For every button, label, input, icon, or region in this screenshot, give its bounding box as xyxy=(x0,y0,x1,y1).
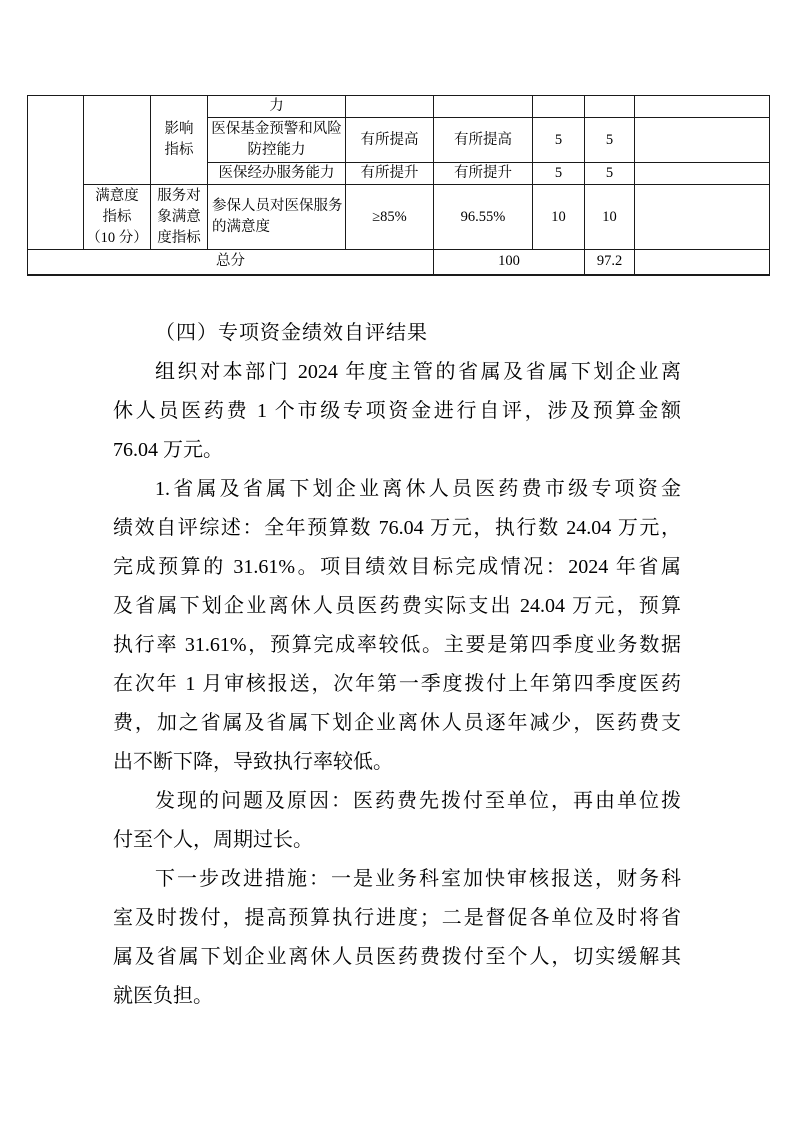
self-score-cell: 5 xyxy=(585,118,635,163)
target-value-cell: ≥85% xyxy=(346,185,434,250)
self-score-empty-cell xyxy=(585,96,635,118)
target-value-cell: 有所提高 xyxy=(346,118,434,163)
category-column-empty-cell xyxy=(28,96,84,250)
paragraph-line: 发现的问题及原因：医药费先拨付至单位，再由单位拨 xyxy=(113,782,681,821)
table-row: 影响 指标 力 xyxy=(28,96,770,118)
paragraph-line: 76.04 万元。 xyxy=(113,431,681,470)
total-row: 总分 100 97.2 xyxy=(28,250,770,275)
score-cell: 10 xyxy=(533,185,585,250)
satisfaction-category-cell: 满意度 指标 （10 分） xyxy=(84,185,151,250)
paragraph-line: 组织对本部门 2024 年度主管的省属及省属下划企业离 xyxy=(113,353,681,392)
subcategory-column-empty-cell xyxy=(84,96,151,185)
section-heading: （四）专项资金绩效自评结果 xyxy=(113,314,681,353)
actual-value-cell: 96.55% xyxy=(434,185,533,250)
score-empty-cell xyxy=(533,96,585,118)
paragraph-line: 费，加之省属及省属下划企业离休人员逐年减少，医药费支 xyxy=(113,704,681,743)
impact-indicator-label-cell: 影响 指标 xyxy=(151,96,208,185)
paragraph-line: 属及省属下划企业离休人员医药费拨付至个人，切实缓解其 xyxy=(113,938,681,977)
indicator-name-cell: 医保经办服务能力 xyxy=(208,163,346,185)
actual-value-cell: 有所提高 xyxy=(434,118,533,163)
paragraph-line: 室及时拨付，提高预算执行进度；二是督促各单位及时将省 xyxy=(113,899,681,938)
target-empty-cell xyxy=(346,96,434,118)
self-score-cell: 10 xyxy=(585,185,635,250)
paragraph-line: 绩效自评综述：全年预算数 76.04 万元，执行数 24.04 万元， xyxy=(113,509,681,548)
paragraph-line: 出不断下降，导致执行率较低。 xyxy=(113,743,681,782)
indicator-name-cell: 参保人员对医保服务 的满意度 xyxy=(208,185,346,250)
remark-cell xyxy=(635,118,770,163)
paragraph-line: 休人员医药费 1 个市级专项资金进行自评，涉及预算金额 xyxy=(113,392,681,431)
total-label-cell: 总分 xyxy=(28,250,434,275)
remark-cell xyxy=(635,185,770,250)
actual-empty-cell xyxy=(434,96,533,118)
target-value-cell: 有所提升 xyxy=(346,163,434,185)
remark-cell xyxy=(635,163,770,185)
body-text: （四）专项资金绩效自评结果 组织对本部门 2024 年度主管的省属及省属下划企业… xyxy=(113,314,681,1016)
document-page: 影响 指标 力 医保基金预警和风险 防控能力 有所提高 有所提高 5 5 医保经… xyxy=(0,0,793,1122)
performance-indicator-table: 影响 指标 力 医保基金预警和风险 防控能力 有所提高 有所提高 5 5 医保经… xyxy=(27,95,770,276)
paragraph-line: 付至个人，周期过长。 xyxy=(113,821,681,860)
carryover-indicator-cell: 力 xyxy=(208,96,346,118)
score-cell: 5 xyxy=(533,118,585,163)
paragraph-line: 就医负担。 xyxy=(113,977,681,1016)
paragraph-line: 在次年 1 月审核报送，次年第一季度拨付上年第四季度医药 xyxy=(113,665,681,704)
indicator-name-cell: 医保基金预警和风险 防控能力 xyxy=(208,118,346,163)
actual-value-cell: 有所提升 xyxy=(434,163,533,185)
paragraph-line: 1.省属及省属下划企业离休人员医药费市级专项资金 xyxy=(113,470,681,509)
paragraph-line: 执行率 31.61%，预算完成率较低。主要是第四季度业务数据 xyxy=(113,626,681,665)
self-score-cell: 5 xyxy=(585,163,635,185)
paragraph-line: 完成预算的 31.61%。项目绩效目标完成情况：2024 年省属 xyxy=(113,548,681,587)
paragraph-line: 下一步改进措施：一是业务科室加快审核报送，财务科 xyxy=(113,860,681,899)
total-self-score-cell: 97.2 xyxy=(585,250,635,275)
remark-cell xyxy=(635,250,770,275)
service-object-label-cell: 服务对 象满意 度指标 xyxy=(151,185,208,250)
total-score-cell: 100 xyxy=(434,250,585,275)
paragraph-line: 及省属下划企业离休人员医药费实际支出 24.04 万元，预算 xyxy=(113,587,681,626)
table-row: 满意度 指标 （10 分） 服务对 象满意 度指标 参保人员对医保服务 的满意度… xyxy=(28,185,770,250)
score-cell: 5 xyxy=(533,163,585,185)
remark-cell xyxy=(635,96,770,118)
